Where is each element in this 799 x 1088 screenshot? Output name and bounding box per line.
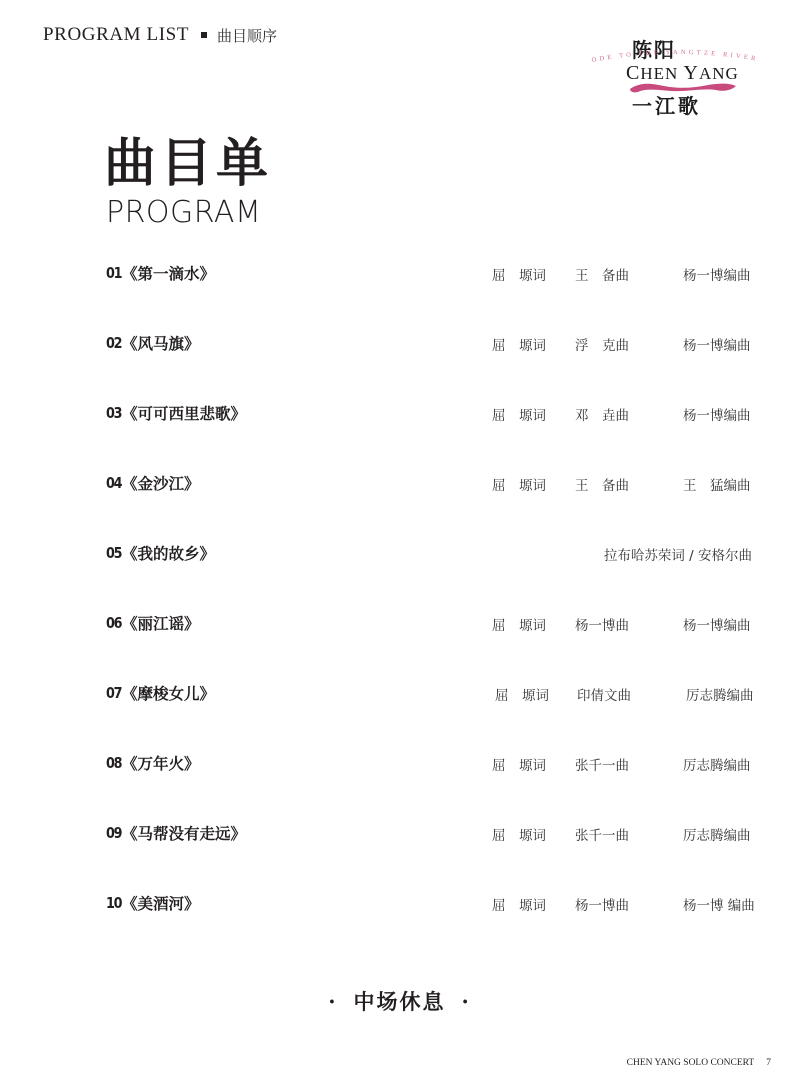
program-item: 07 《摩梭女儿》 屈 塬词 印倩文曲 厉志腾编曲 — [0, 682, 799, 706]
lyricist: 屈 塬词 — [492, 894, 546, 914]
dot-separator-icon: · — [462, 989, 471, 1014]
program-item: 06 《丽江谣》 屈 塬词 杨一博曲 杨一博编曲 — [0, 612, 799, 636]
item-number: 02 — [106, 334, 121, 352]
arranger: 厉志腾编曲 — [686, 684, 754, 704]
composer: 王 备曲 — [575, 264, 629, 284]
arranger: 杨一博编曲 — [683, 404, 751, 424]
lyricist: 屈 塬词 — [492, 264, 546, 284]
square-bullet-icon — [201, 32, 207, 38]
header-label-cn: 曲目顺序 — [217, 25, 277, 46]
arranger: 厉志腾编曲 — [683, 824, 751, 844]
item-number: 06 — [106, 614, 121, 632]
lyricist: 屈 塬词 — [492, 474, 546, 494]
item-number: 04 — [106, 474, 121, 492]
program-item: 10 《美酒河》 屈 塬词 杨一博曲 杨一博 编曲 — [0, 892, 799, 916]
arranger: 杨一博编曲 — [683, 614, 751, 634]
composer: 杨一博曲 — [575, 894, 629, 914]
program-item: 05 《我的故乡》 拉布哈苏荣词 / 安格尔曲 — [0, 542, 799, 566]
lyricist: 屈 塬词 — [492, 404, 546, 424]
program-item: 01 《第一滴水》 屈 塬词 王 备曲 杨一博编曲 — [0, 262, 799, 286]
song-title: 《金沙江》 — [122, 472, 200, 494]
page-title-en: PROGRAM — [106, 198, 261, 228]
program-item: 03 《可可西里悲歌》 屈 塬词 邓 垚曲 杨一博编曲 — [0, 402, 799, 426]
song-title: 《可可西里悲歌》 — [122, 402, 246, 424]
song-title: 《丽江谣》 — [122, 612, 200, 634]
song-title: 《马帮没有走远》 — [122, 822, 246, 844]
arranger: 杨一博 编曲 — [683, 894, 755, 914]
song-title: 《我的故乡》 — [122, 542, 215, 564]
song-title: 《万年火》 — [122, 752, 200, 774]
arranger: 杨一博编曲 — [683, 334, 751, 354]
lyricist: 屈 塬词 — [492, 614, 546, 634]
arranger: 杨一博编曲 — [683, 264, 751, 284]
song-title: 《摩梭女儿》 — [122, 682, 215, 704]
song-title: 《第一滴水》 — [122, 262, 215, 284]
section-header: PROGRAM LIST 曲目顺序 — [43, 24, 277, 46]
lyricist: 屈 塬词 — [492, 754, 546, 774]
page-title-cn: 曲目单 — [104, 138, 272, 190]
composer: 印倩文曲 — [577, 684, 631, 704]
lyricist: 屈 塬词 — [495, 684, 549, 704]
lyricist: 屈 塬词 — [492, 334, 546, 354]
composer: 张千一曲 — [575, 754, 629, 774]
header-label-en: PROGRAM LIST — [43, 24, 189, 46]
item-number: 09 — [106, 824, 121, 842]
item-number: 07 — [106, 684, 121, 702]
credits: 拉布哈苏荣词 / 安格尔曲 — [604, 544, 752, 564]
program-item: 04 《金沙江》 屈 塬词 王 备曲 王 猛编曲 — [0, 472, 799, 496]
song-title: 《美酒河》 — [122, 892, 200, 914]
program-item: 02 《风马旗》 屈 塬词 浮 克曲 杨一博编曲 — [0, 332, 799, 356]
concert-logo: 陈阳 ODE TO THE YANGTZE RIVER CHEN YANG 一江… — [588, 30, 768, 120]
dot-separator-icon: · — [328, 989, 337, 1014]
composer: 王 备曲 — [575, 474, 629, 494]
composer: 张千一曲 — [575, 824, 629, 844]
arranger: 厉志腾编曲 — [683, 754, 751, 774]
song-title: 《风马旗》 — [122, 332, 200, 354]
footer-title: CHEN YANG SOLO CONCERT — [627, 1058, 755, 1068]
logo-subtitle-cn: 一江歌 — [632, 90, 701, 119]
item-number: 10 — [106, 894, 121, 912]
item-number: 01 — [106, 264, 121, 282]
item-number: 05 — [106, 544, 121, 562]
lyricist: 屈 塬词 — [492, 824, 546, 844]
intermission-label: 中场休息 — [354, 989, 446, 1014]
composer: 杨一博曲 — [575, 614, 629, 634]
composer: 浮 克曲 — [575, 334, 629, 354]
page-footer: CHEN YANG SOLO CONCERT7 — [627, 1058, 771, 1068]
program-item: 09 《马帮没有走远》 屈 塬词 张千一曲 厉志腾编曲 — [0, 822, 799, 846]
item-number: 08 — [106, 754, 121, 772]
composer: 邓 垚曲 — [575, 404, 629, 424]
arranger: 王 猛编曲 — [683, 474, 751, 494]
page-number: 7 — [766, 1058, 771, 1068]
program-item: 08 《万年火》 屈 塬词 张千一曲 厉志腾编曲 — [0, 752, 799, 776]
item-number: 03 — [106, 404, 121, 422]
intermission: ·中场休息· — [0, 986, 799, 1016]
